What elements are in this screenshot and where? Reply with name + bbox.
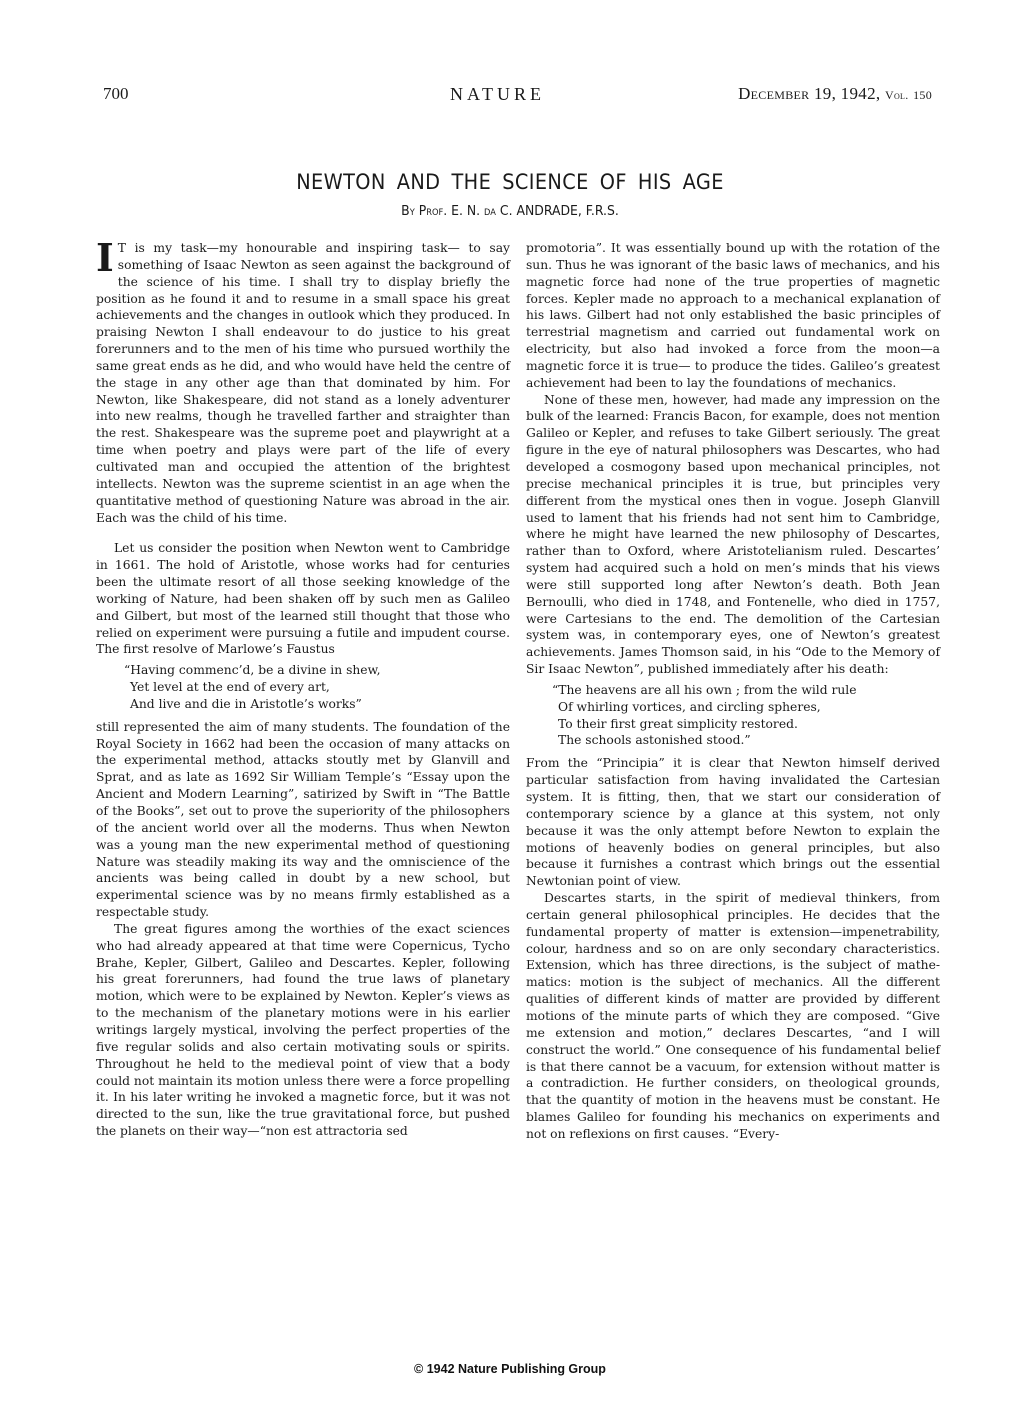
copyright-footer: © 1942 Nature Publishing Group bbox=[0, 1362, 1020, 1376]
issue-date: December 19, 1942, Vol. 150 bbox=[738, 84, 932, 104]
verse-line: To their first great simplicity restored… bbox=[526, 716, 940, 733]
paragraph: promotoria”. It was essentially bound up… bbox=[526, 240, 940, 392]
verse-quote-thomson: “The heavens are all his own ; from the … bbox=[526, 682, 940, 749]
page-number: 700 bbox=[103, 84, 129, 104]
left-column: IT is my task—my honourable and inspirin… bbox=[96, 240, 510, 1140]
paragraph: IT is my task—my honourable and inspirin… bbox=[96, 240, 510, 526]
paragraph: The great figures among the worthies of … bbox=[96, 921, 510, 1140]
paragraph: still represented the aim of many studen… bbox=[96, 719, 510, 921]
verse-line: “The heavens are all his own ; from the … bbox=[526, 682, 940, 699]
drop-cap: I bbox=[96, 242, 114, 274]
paragraph: Let us consider the position when Newton… bbox=[96, 540, 510, 658]
volume-number: 150 bbox=[913, 88, 932, 102]
right-column: promotoria”. It was essentially bound up… bbox=[526, 240, 940, 1143]
verse-line: The schools astonished stood.” bbox=[526, 732, 940, 749]
article-byline: By Prof. E. N. da C. ANDRADE, F.R.S. bbox=[41, 203, 979, 219]
running-head: 700 NATURE December 19, 1942, Vol. 150 bbox=[100, 84, 932, 106]
paragraph: Descartes starts, in the spirit of medie… bbox=[526, 890, 940, 1143]
issue-date-text: December 19, 1942, bbox=[738, 84, 880, 103]
verse-line: Yet level at the end of every art, bbox=[96, 679, 510, 696]
verse-line: And live and die in Aristotle’s works” bbox=[96, 696, 510, 713]
volume-label: Vol. bbox=[885, 88, 909, 102]
verse-line: “Having commenc’d, be a divine in shew, bbox=[96, 662, 510, 679]
paragraph: None of these men, however, had made any… bbox=[526, 392, 940, 678]
verse-line: Of whirling vortices, and circling spher… bbox=[526, 699, 940, 716]
verse-quote-faustus: “Having commenc’d, be a divine in shew, … bbox=[96, 662, 510, 713]
paragraph: From the “Principia” it is clear that Ne… bbox=[526, 755, 940, 890]
paragraph-text: T is my task—my honourable and inspiring… bbox=[96, 241, 510, 525]
article-title: NEWTON AND THE SCIENCE OF HIS AGE bbox=[41, 170, 979, 194]
journal-name: NATURE bbox=[450, 84, 545, 105]
